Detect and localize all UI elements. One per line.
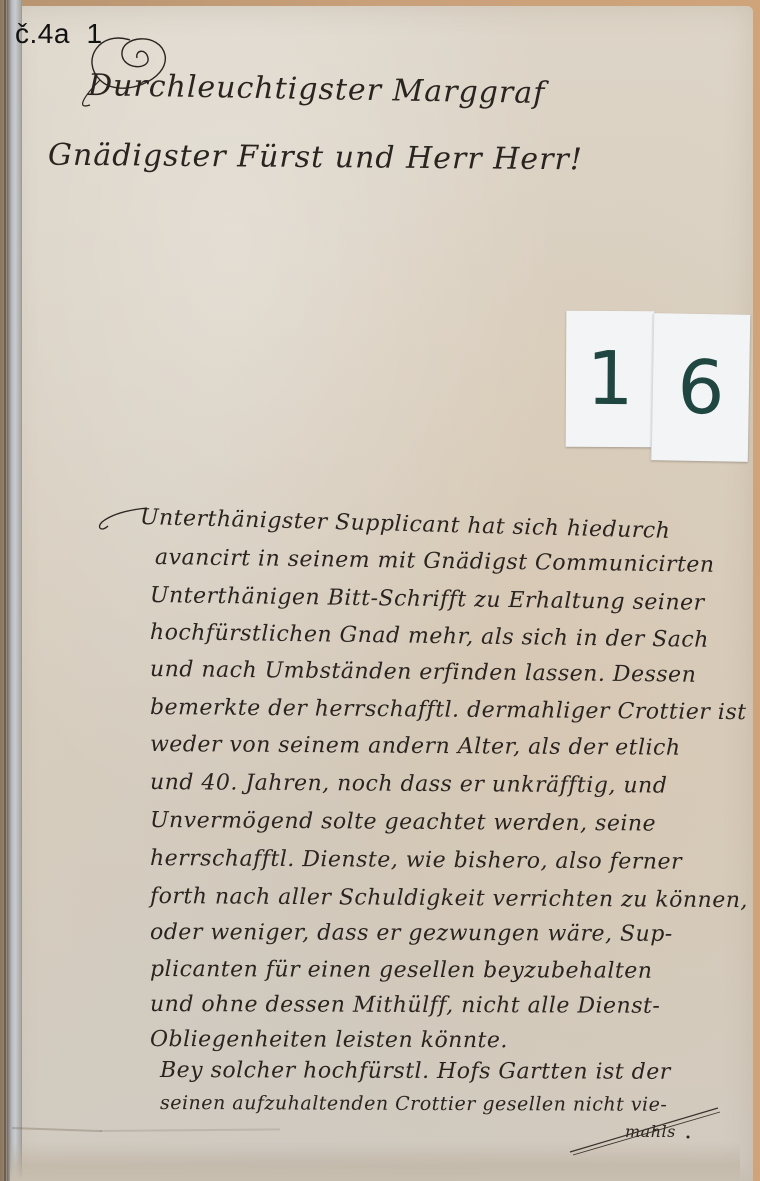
body-line: plicanten für einen gesellen beyzubehalt… [150, 957, 653, 984]
folio-card-right: 6 [651, 313, 751, 462]
body-line: bemerkte der herrschafftl. dermahliger C… [150, 695, 747, 725]
body-line: weder von seinem andern Alter, als der e… [150, 732, 681, 761]
body-line: und 40. Jahren, noch dass er unkräfftig,… [150, 770, 668, 799]
folio-digit-1: 1 [586, 336, 634, 422]
binding-fold [7, 0, 22, 1181]
body-line: forth nach aller Schuldigkeit verrichten… [150, 884, 748, 913]
binding-line [4, 0, 6, 1181]
body-line: und ohne dessen Mithülff, nicht alle Die… [150, 992, 660, 1019]
folio-card-left: 1 [566, 311, 655, 447]
body-line: Obliegenheiten leisten könnte. [150, 1027, 508, 1053]
body-line: herrschafftl. Dienste, wie bishero, also… [150, 846, 682, 875]
closing-pen-stroke [560, 1100, 730, 1160]
body-line: Unvermögend solte geachtet werden, seine [150, 808, 656, 837]
salutation-line-2: Gnädigster Fürst und Herr Herr! [48, 138, 583, 178]
body-line: Bey solcher hochfürstl. Hofs Gartten ist… [160, 1058, 671, 1085]
folio-digit-2: 6 [677, 344, 726, 431]
body-line: oder weniger, dass er gezwungen wäre, Su… [150, 920, 673, 947]
